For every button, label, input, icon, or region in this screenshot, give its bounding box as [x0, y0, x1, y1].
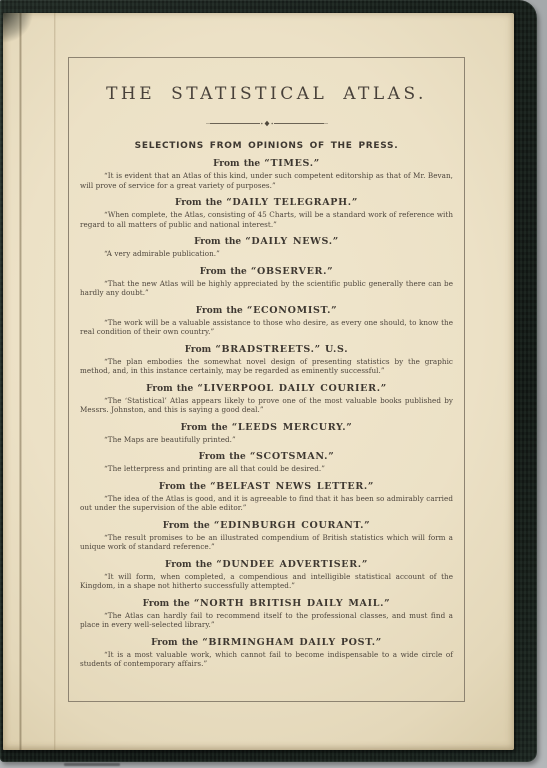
press-entry: From the “NORTH BRITISH DAILY MAIL.” “Th…	[78, 599, 455, 630]
press-source-heading: From the “OBSERVER.”	[78, 267, 455, 277]
press-source-prefix: From the	[199, 452, 246, 462]
page-fold-line	[54, 13, 56, 750]
press-source-prefix: From the	[200, 267, 247, 277]
press-entry: From the “SCOTSMAN.” “The letterpress an…	[78, 452, 455, 474]
press-source-prefix: From the	[143, 599, 190, 609]
press-quote: “A very admirable publication.”	[78, 249, 455, 259]
press-source-prefix: From the	[146, 384, 193, 394]
press-source-prefix: From the	[213, 159, 260, 169]
press-source-name: “BRADSTREETS.”	[215, 344, 320, 355]
press-source-heading: From the “BIRMINGHAM DAILY POST.”	[78, 638, 455, 648]
press-quote: “The Maps are beautifully printed.”	[78, 435, 455, 445]
press-entry: From the “DUNDEE ADVERTISER.” “It will f…	[78, 560, 455, 591]
press-quote: “The idea of the Atlas is good, and it i…	[78, 494, 455, 513]
press-source-heading: From the “DAILY NEWS.”	[78, 237, 455, 247]
page-fold-line	[19, 13, 22, 750]
press-source-name: “DAILY TELEGRAPH.”	[226, 197, 358, 208]
press-entry: From the “OBSERVER.” “That the new Atlas…	[78, 267, 455, 298]
press-source-heading: From “BRADSTREETS.” U.S.	[78, 345, 455, 355]
press-source-heading: From the “ECONOMIST.”	[78, 306, 455, 316]
press-entry: From the “LIVERPOOL DAILY COURIER.” “The…	[78, 384, 455, 415]
press-source-name: “DUNDEE ADVERTISER.”	[216, 559, 368, 570]
press-entry: From the “BIRMINGHAM DAILY POST.” “It is…	[78, 638, 455, 669]
press-quote: “That the new Atlas will be highly appre…	[78, 279, 455, 298]
press-source-name: “BELFAST NEWS LETTER.”	[210, 481, 374, 492]
press-source-prefix: From the	[163, 521, 210, 531]
printed-rule-frame: THE STATISTICAL ATLAS. SELECTIONS FROM O…	[68, 57, 465, 702]
press-source-heading: From the “DUNDEE ADVERTISER.”	[78, 560, 455, 570]
press-source-name: “ECONOMIST.”	[247, 305, 337, 316]
press-quote: “The plan embodies the somewhat novel de…	[78, 357, 455, 376]
press-source-heading: From the “TIMES.”	[78, 159, 455, 169]
press-quote: “The Atlas can hardly fail to recommend …	[78, 611, 455, 630]
press-source-name: “SCOTSMAN.”	[250, 451, 335, 462]
press-quote: “When complete, the Atlas, consisting of…	[78, 210, 455, 229]
press-source-prefix: From the	[196, 306, 243, 316]
press-entry: From the “DAILY NEWS.” “A very admirable…	[78, 237, 455, 259]
press-quote: “The result promises to be an illustrate…	[78, 533, 455, 552]
press-entry: From the “BELFAST NEWS LETTER.” “The ide…	[78, 482, 455, 513]
press-source-heading: From the “LEEDS MERCURY.”	[78, 423, 455, 433]
press-source-prefix: From the	[181, 423, 228, 433]
scan-margin-watermark	[64, 763, 120, 766]
press-source-heading: From the “DAILY TELEGRAPH.”	[78, 198, 455, 208]
scanned-book-page: THE STATISTICAL ATLAS. SELECTIONS FROM O…	[0, 0, 547, 768]
divider-ornament	[206, 120, 328, 127]
press-source-name: “LEEDS MERCURY.”	[232, 422, 353, 433]
press-entry: From “BRADSTREETS.” U.S. “The plan embod…	[78, 345, 455, 376]
section-heading: SELECTIONS FROM OPINIONS OF THE PRESS.	[78, 141, 455, 151]
press-source-heading: From the “NORTH BRITISH DAILY MAIL.”	[78, 599, 455, 609]
press-quote: “The work will be a valuable assistance …	[78, 318, 455, 337]
press-quote: “It is evident that an Atlas of this kin…	[78, 171, 455, 190]
press-source-name: “BIRMINGHAM DAILY POST.”	[202, 637, 382, 648]
press-source-heading: From the “LIVERPOOL DAILY COURIER.”	[78, 384, 455, 394]
press-source-heading: From the “EDINBURGH COURANT.”	[78, 521, 455, 531]
press-source-prefix: From	[185, 345, 212, 355]
press-source-prefix: From the	[159, 482, 206, 492]
page-title: THE STATISTICAL ATLAS.	[78, 84, 455, 104]
press-entry: From the “EDINBURGH COURANT.” “The resul…	[78, 521, 455, 552]
press-source-name: “EDINBURGH COURANT.”	[214, 520, 370, 531]
press-source-name: “DAILY NEWS.”	[245, 236, 339, 247]
press-source-name: “LIVERPOOL DAILY COURIER.”	[197, 383, 387, 394]
press-source-heading: From the “SCOTSMAN.”	[78, 452, 455, 462]
press-source-prefix: From the	[175, 198, 222, 208]
press-quote: “It is a most valuable work, which canno…	[78, 650, 455, 669]
press-quote: “The ‘Statistical’ Atlas appears likely …	[78, 396, 455, 415]
press-entry: From the “ECONOMIST.” “The work will be …	[78, 306, 455, 337]
press-source-name: “OBSERVER.”	[251, 266, 333, 277]
press-source-prefix: From the	[194, 237, 241, 247]
press-source-prefix: From the	[165, 560, 212, 570]
press-entry: From the “TIMES.” “It is evident that an…	[78, 159, 455, 190]
press-quote: “It will form, when completed, a compend…	[78, 572, 455, 591]
press-source-name: “TIMES.”	[264, 158, 320, 169]
press-source-name: “NORTH BRITISH DAILY MAIL.”	[194, 598, 390, 609]
press-source-suffix: U.S.	[325, 344, 348, 355]
press-source-prefix: From the	[151, 638, 198, 648]
press-source-heading: From the “BELFAST NEWS LETTER.”	[78, 482, 455, 492]
press-entry: From the “LEEDS MERCURY.” “The Maps are …	[78, 423, 455, 445]
press-quote: “The letterpress and printing are all th…	[78, 464, 455, 474]
atlas-page: THE STATISTICAL ATLAS. SELECTIONS FROM O…	[3, 13, 514, 750]
press-entry: From the “DAILY TELEGRAPH.” “When comple…	[78, 198, 455, 229]
